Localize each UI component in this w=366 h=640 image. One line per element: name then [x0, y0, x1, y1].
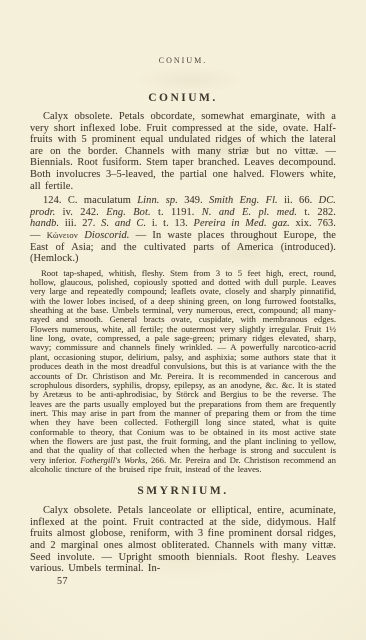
text-column: CONIUM. CONIUM. Calyx obsolete. Petals o… — [30, 0, 336, 587]
book-page: CONIUM. CONIUM. Calyx obsolete. Petals o… — [0, 0, 366, 640]
section-heading-conium: CONIUM. — [30, 92, 336, 104]
species-entry-conium-maculatum: 124. C. maculatum Linn. sp. 349. Smith E… — [30, 195, 336, 265]
genus-description-conium: Calyx obsolete. Petals obcordate, somewh… — [30, 111, 336, 192]
running-header: CONIUM. — [30, 56, 336, 65]
page-number: 57 — [57, 576, 336, 587]
section-heading-smyrnium: SMYRNIUM. — [30, 485, 336, 497]
species-note-conium-maculatum: Root tap-shaped, whitish, fleshy. Stem f… — [30, 269, 336, 475]
genus-description-smyrnium: Calyx obsolete. Petals lanceolate or ell… — [30, 505, 336, 575]
